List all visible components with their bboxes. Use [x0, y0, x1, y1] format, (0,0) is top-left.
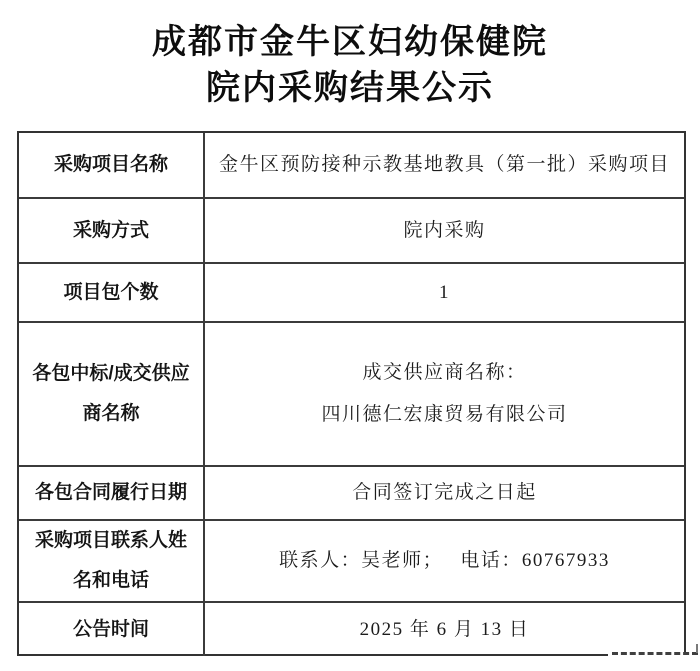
row-value-cell: 金牛区预防接种示教基地教具（第一批）采购项目 — [205, 133, 684, 197]
watermark-dashes — [612, 652, 698, 655]
row-label-cell: 采购项目联系人姓名和电话 — [19, 521, 205, 601]
row-value-cell: 院内采购 — [205, 199, 684, 262]
table-row: 采购项目联系人姓名和电话 联系人：吴老师； 电话：60767933 — [19, 521, 684, 603]
row-label-cell: 项目包个数 — [19, 264, 205, 321]
cell-value-line: 2025 年 6 月 13 日 — [360, 609, 530, 651]
table-row: 公告时间 2025 年 6 月 13 日 — [19, 603, 684, 656]
cell-value-line: 院内采购 — [403, 210, 485, 252]
announcement-table: 采购项目名称 金牛区预防接种示教基地教具（第一批）采购项目 采购方式 院内采购 … — [17, 131, 686, 656]
row-label-cell: 各包合同履行日期 — [19, 467, 205, 519]
title-line-1: 成都市金牛区妇幼保健院 — [0, 20, 700, 66]
row-label-cell: 公告时间 — [19, 603, 205, 656]
table-row: 各包合同履行日期 合同签订完成之日起 — [19, 467, 684, 521]
table-row: 采购方式 院内采购 — [19, 199, 684, 264]
row-value-cell: 2025 年 6 月 13 日 — [205, 603, 684, 656]
title-line-2: 院内采购结果公示 — [0, 66, 700, 112]
row-value-cell: 成交供应商名称：四川德仁宏康贸易有限公司 — [205, 323, 684, 465]
cell-value-line: 四川德仁宏康贸易有限公司 — [321, 394, 567, 436]
cell-value-line: 金牛区预防接种示教基地教具（第一批）采购项目 — [219, 144, 670, 186]
page-root: { "page": { "title_line1": "成都市金牛区妇幼保健院"… — [0, 0, 700, 671]
table-row: 采购项目名称 金牛区预防接种示教基地教具（第一批）采购项目 — [19, 133, 684, 199]
row-value-cell: 1 — [205, 264, 684, 321]
row-value-cell: 合同签订完成之日起 — [205, 467, 684, 519]
row-label-cell: 各包中标/成交供应商名称 — [19, 323, 205, 465]
table-row: 项目包个数 1 — [19, 264, 684, 323]
page-title: 成都市金牛区妇幼保健院 院内采购结果公示 — [0, 0, 700, 112]
cell-value-line: 合同签订完成之日起 — [352, 472, 537, 514]
row-label-cell: 采购项目名称 — [19, 133, 205, 197]
cell-value-line: 联系人：吴老师； 电话：60767933 — [279, 540, 610, 582]
watermark-tick — [696, 644, 698, 653]
row-value-cell: 联系人：吴老师； 电话：60767933 — [205, 521, 684, 601]
cell-value-line: 成交供应商名称： — [362, 352, 526, 394]
table-row: 各包中标/成交供应商名称 成交供应商名称：四川德仁宏康贸易有限公司 — [19, 323, 684, 467]
cell-value-line: 1 — [439, 272, 450, 314]
row-label-cell: 采购方式 — [19, 199, 205, 262]
